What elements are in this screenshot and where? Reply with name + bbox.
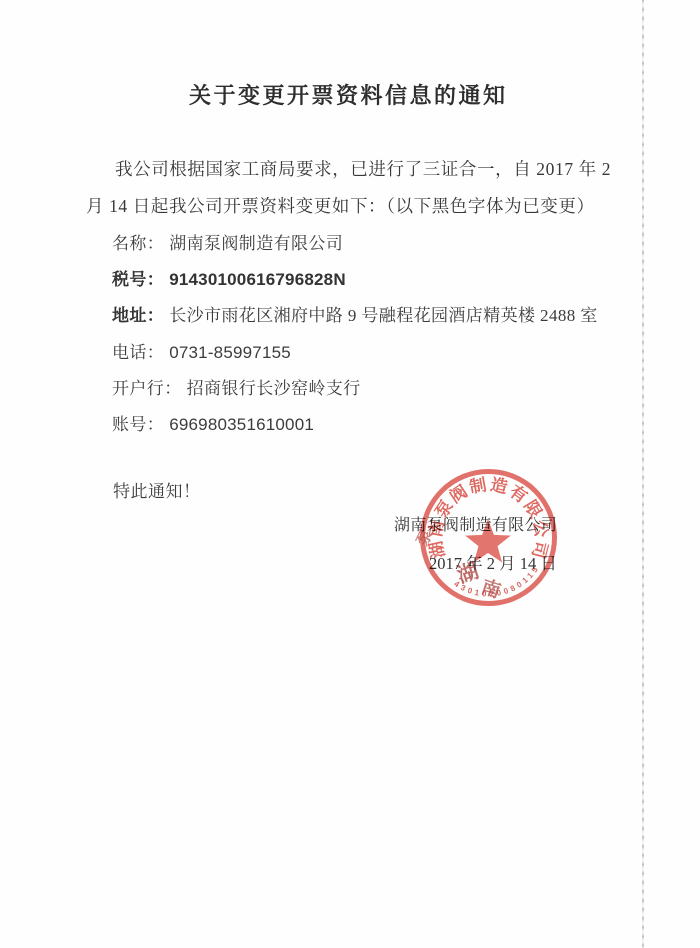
scan-artifact-line <box>642 0 644 948</box>
field-address-label: 地址： <box>112 306 164 325</box>
company-seal-stamp: 湖南泵阀制造有限公司 4301020080115 湖 南 泵 <box>406 455 572 621</box>
field-bank-value: 招商银行长沙窑岭支行 <box>187 379 361 398</box>
closing-statement: 特此通知！ <box>113 477 201 502</box>
star-icon <box>465 519 511 562</box>
field-company-name-value: 湖南泵阀制造有限公司 <box>169 234 343 253</box>
field-bank-label: 开户行： <box>112 379 182 398</box>
document-title: 关于变更开票资料信息的通知 <box>189 79 508 110</box>
field-address-value: 长沙市雨花区湘府中路 9 号融程花园酒店精英楼 2488 室 <box>169 306 598 325</box>
seal-smudge-char-2: 南 <box>478 576 503 603</box>
field-address: 地址：长沙市雨花区湘府中路 9 号融程花园酒店精英楼 2488 室 <box>112 301 598 326</box>
field-tax-id-label: 税号： <box>112 270 164 289</box>
field-phone: 电话：0731-85997155 <box>112 338 291 363</box>
field-account-number-label: 账号： <box>112 415 164 434</box>
field-phone-value: 0731-85997155 <box>169 343 291 362</box>
field-tax-id-value: 91430100616796828N <box>169 270 346 289</box>
scanned-notice-document: 关于变更开票资料信息的通知 我公司根据国家工商局要求，已进行了三证合一，自 20… <box>0 0 700 948</box>
field-tax-id: 税号：91430100616796828N <box>112 265 346 290</box>
field-account-number: 账号：696980351610001 <box>112 410 314 435</box>
field-company-name: 名称：湖南泵阀制造有限公司 <box>112 229 343 254</box>
field-bank: 开户行：招商银行长沙窑岭支行 <box>112 374 361 399</box>
body-paragraph-line-2: 月 14 日起我公司开票资料变更如下：（以下黑色字体为已变更） <box>86 193 595 218</box>
field-company-name-label: 名称： <box>112 234 164 253</box>
field-phone-label: 电话： <box>112 343 164 362</box>
field-account-number-value: 696980351610001 <box>169 415 314 434</box>
body-paragraph-line-1: 我公司根据国家工商局要求，已进行了三证合一，自 2017 年 2 <box>115 156 611 181</box>
